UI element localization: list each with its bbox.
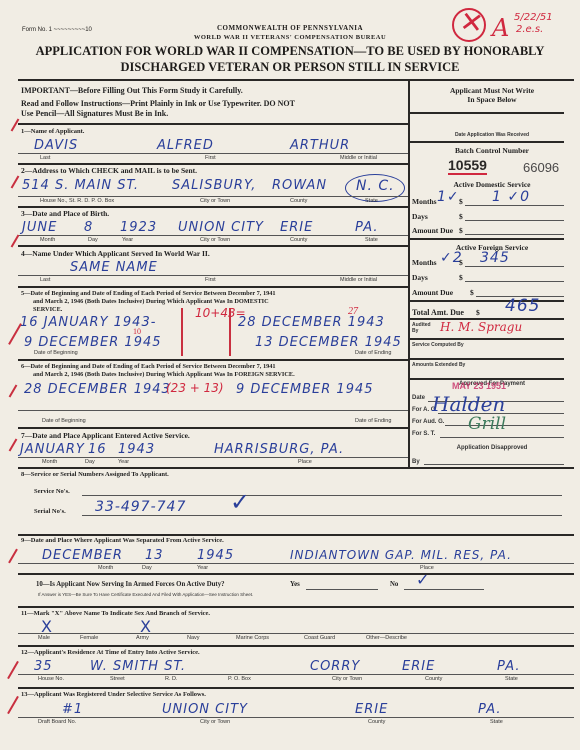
q13-board-value: #1 bbox=[62, 702, 83, 717]
q7-sub-day: Day bbox=[85, 459, 95, 465]
q4-sub-first: First bbox=[205, 277, 216, 283]
q9-month-value: DECEMBER bbox=[42, 548, 123, 563]
q3-sub-day: Day bbox=[88, 237, 98, 243]
q2-label: 2—Address to Which CHECK and MAIL is to … bbox=[21, 166, 197, 175]
date-received-label: Date Application Was Received bbox=[410, 132, 574, 138]
q3-county-value: ERIE bbox=[280, 220, 313, 235]
q4-label: 4—Name Under Which Applicant Served In W… bbox=[21, 249, 210, 258]
q11-option-male: Male bbox=[38, 635, 50, 641]
foreign-amount-value: 345 bbox=[480, 250, 510, 266]
service-no-label: Service No's. bbox=[34, 488, 70, 495]
q3-day-value: 8 bbox=[84, 220, 93, 235]
stamp-letter: A bbox=[492, 14, 509, 42]
q13-sub-state: State bbox=[490, 719, 503, 725]
q7-year-value: 1943 bbox=[118, 442, 155, 457]
q1-sub-last: Last bbox=[40, 155, 50, 161]
for-aud-label: For Aud. G. bbox=[412, 419, 444, 425]
q5-row2-note: 10 bbox=[133, 327, 141, 336]
dollar-sign: $ bbox=[459, 197, 463, 206]
domestic-amount-due-label: Amount Due bbox=[412, 226, 453, 235]
q13-county-value: ERIE bbox=[355, 702, 388, 717]
form-title-line-1: APPLICATION FOR WORLD WAR II COMPENSATIO… bbox=[0, 44, 580, 59]
q5-sub-begin: Date of Beginning bbox=[34, 350, 78, 356]
q2-city-value: SALISBURY, bbox=[172, 178, 256, 193]
date-label: Date bbox=[412, 395, 425, 401]
q1-sub-middle: Middle or Initial bbox=[340, 155, 377, 161]
q13-label: 13—Applicant Was Registered Under Select… bbox=[21, 691, 206, 698]
q12-sub-county: County bbox=[425, 676, 442, 682]
q4-sub-last: Last bbox=[40, 277, 50, 283]
q12-house-value: 35 bbox=[34, 659, 53, 674]
q9-day-value: 13 bbox=[145, 548, 164, 563]
q12-sub-rd: R. D. bbox=[165, 676, 178, 682]
domestic-heading: Active Domestic Service bbox=[410, 180, 574, 189]
dollar-sign: $ bbox=[459, 258, 463, 267]
q2-sub-city: City or Town bbox=[200, 198, 230, 204]
q6-end: 9 DECEMBER 1945 bbox=[236, 382, 374, 397]
q2-sub-county: County bbox=[290, 198, 307, 204]
q12-label: 12—Applicant's Residence At Time of Entr… bbox=[21, 649, 200, 656]
q3-sub-county: County bbox=[290, 237, 307, 243]
office-heading-1: Applicant Must Not Write bbox=[410, 86, 574, 95]
q3-year-value: 1923 bbox=[120, 220, 157, 235]
dollar-sign: $ bbox=[459, 212, 463, 221]
q13-sub-board: Draft Board No. bbox=[38, 719, 76, 725]
stamp-note-2: 2.e.s. bbox=[516, 24, 543, 35]
q11-option-other: Other—Describe bbox=[366, 635, 407, 641]
extended-label: Amounts Extended By bbox=[412, 362, 472, 368]
q5-sub-end: Date of Ending bbox=[355, 350, 391, 356]
q3-sub-state: State bbox=[365, 237, 378, 243]
q1-first-value: ALFRED bbox=[157, 138, 214, 153]
foreign-amount-due-label: Amount Due bbox=[412, 288, 453, 297]
q2-street-value: 514 S. MAIN ST. bbox=[22, 178, 139, 193]
disapproved-label: Application Disapproved bbox=[410, 445, 574, 451]
q6-sub-begin: Date of Beginning bbox=[42, 418, 86, 424]
q6-label-1: 6—Date of Beginning and Date of Ending o… bbox=[21, 363, 276, 370]
q10-label: 10—Is Applicant Now Serving In Armed For… bbox=[36, 581, 225, 588]
q2-state-value: N. C. bbox=[356, 178, 395, 194]
serial-no-value: 33-497-747 bbox=[95, 499, 186, 515]
q1-sub-first: First bbox=[205, 155, 216, 161]
q13-state-value: PA. bbox=[478, 702, 501, 717]
q2-sub-street: House No., St. R. D. P. O. Box bbox=[40, 198, 114, 204]
serial-no-label: Serial No's. bbox=[34, 508, 66, 515]
q7-label: 7—Date and Place Applicant Entered Activ… bbox=[21, 431, 190, 440]
stamp-mark: ✕ bbox=[458, 5, 486, 41]
q6-label-2: and March 2, 1946 (Both Dates Inclusive)… bbox=[33, 371, 295, 378]
computed-label: Service Computed By bbox=[412, 342, 472, 348]
q3-label: 3—Date and Place of Birth. bbox=[21, 209, 109, 218]
batch-number-2: 66096 bbox=[523, 160, 559, 175]
batch-label: Batch Control Number bbox=[410, 146, 574, 155]
domestic-months-label: Months bbox=[412, 197, 437, 206]
q12-sub-city: City or Town bbox=[332, 676, 362, 682]
q10-no-check-icon[interactable]: ✓ bbox=[416, 570, 430, 589]
q12-sub-po: P. O. Box bbox=[228, 676, 251, 682]
q7-month-value: JANUARY bbox=[20, 442, 85, 457]
q9-place-value: INDIANTOWN GAP. MIL. RES, PA. bbox=[290, 548, 512, 562]
q12-city-value: CORRY bbox=[310, 659, 360, 674]
q7-sub-month: Month bbox=[42, 459, 57, 465]
signature-2: Grill bbox=[468, 414, 506, 434]
q6-begin: 28 DECEMBER 1943 bbox=[24, 382, 171, 397]
q10-note: If Answer is YES—Be Sure To Have Certifi… bbox=[38, 592, 253, 597]
q3-sub-month: Month bbox=[40, 237, 55, 243]
office-heading-2: In Space Below bbox=[410, 95, 574, 104]
q13-sub-city: City or Town bbox=[200, 719, 230, 725]
q12-county-value: ERIE bbox=[402, 659, 435, 674]
q3-sub-city: City or Town bbox=[200, 237, 230, 243]
q1-middle-value: ARTHUR bbox=[290, 138, 350, 153]
q5-label-2: and March 2, 1946 (Both Dates Inclusive)… bbox=[33, 298, 269, 305]
form-title-line-2: DISCHARGED VETERAN OR PERSON STILL IN SE… bbox=[0, 60, 580, 75]
total-amount-value: 465 bbox=[505, 296, 540, 316]
q6-sub-end: Date of Ending bbox=[355, 418, 391, 424]
foreign-months-label: Months bbox=[412, 258, 437, 267]
signature-1: Halden bbox=[432, 392, 505, 416]
q9-sub-month: Month bbox=[98, 565, 113, 571]
domestic-amount-value: 1 ✓0 bbox=[492, 189, 530, 205]
dollar-sign: $ bbox=[459, 273, 463, 282]
for-st-label: For S. T. bbox=[412, 431, 435, 437]
q6-calc: (23 + 13) bbox=[166, 381, 224, 395]
check-mark-icon: ✓ bbox=[230, 488, 250, 517]
q8-label: 8—Service or Serial Numbers Assigned To … bbox=[21, 471, 169, 478]
q10-yes-label: Yes bbox=[290, 581, 300, 588]
approved-stamp: MAY 23 1951 bbox=[452, 381, 506, 391]
q5-row1-note: 27 bbox=[348, 306, 358, 317]
by-label: By bbox=[412, 459, 420, 465]
q11-option-army: Army bbox=[136, 635, 149, 641]
q13-city-value: UNION CITY bbox=[162, 702, 248, 717]
q5-label-1: 5—Date of Beginning and Date of Ending o… bbox=[21, 290, 276, 297]
q4-sub-middle: Middle or Initial bbox=[340, 277, 377, 283]
stamp-note-1: 5/22/51 bbox=[514, 12, 553, 23]
q7-sub-place: Place bbox=[298, 459, 312, 465]
audited-label: Audited By bbox=[412, 322, 436, 334]
audited-value: H. M. Spragu bbox=[440, 320, 522, 334]
q13-sub-county: County bbox=[368, 719, 385, 725]
q12-street-value: W. SMITH ST. bbox=[90, 659, 186, 674]
domestic-months-value: 1✓ bbox=[437, 189, 460, 205]
instruction-line-3: Use Pencil—All Signatures Must Be in Ink… bbox=[21, 109, 168, 118]
q7-sub-year: Year bbox=[118, 459, 129, 465]
q2-county-value: ROWAN bbox=[272, 178, 327, 193]
q9-sub-day: Day bbox=[142, 565, 152, 571]
q1-label: 1—Name of Applicant. bbox=[21, 128, 84, 135]
dollar-sign: $ bbox=[459, 226, 463, 235]
q7-day-value: 16 bbox=[88, 442, 107, 457]
q9-year-value: 1945 bbox=[197, 548, 234, 563]
q7-place-value: HARRISBURG, PA. bbox=[214, 442, 344, 457]
q11-option-marine: Marine Corps bbox=[236, 635, 269, 641]
q9-label: 9—Date and Place Where Applicant Was Sep… bbox=[21, 537, 224, 544]
q9-sub-year: Year bbox=[197, 565, 208, 571]
q10-no-label: No bbox=[390, 581, 398, 588]
domestic-days-label: Days bbox=[412, 212, 428, 221]
q5-row1-end: 28 DECEMBER 1943 bbox=[238, 315, 385, 330]
q5-label-3: SERVICE. bbox=[33, 306, 62, 313]
q3-sub-year: Year bbox=[122, 237, 133, 243]
instruction-line-1: IMPORTANT—Before Filling Out This Form S… bbox=[21, 86, 243, 95]
q5-row2-begin: 9 DECEMBER 1945 bbox=[24, 335, 162, 350]
q12-state-value: PA. bbox=[497, 659, 520, 674]
dollar-sign: $ bbox=[476, 308, 480, 317]
q12-sub-house: House No. bbox=[38, 676, 64, 682]
q3-state-value: PA. bbox=[355, 220, 378, 235]
q11-label: 11—Mark "X" Above Name To Indicate Sex A… bbox=[21, 610, 210, 617]
batch-number: 10559 bbox=[448, 157, 487, 175]
q11-option-female: Female bbox=[80, 635, 98, 641]
q1-last-value: DAVIS bbox=[34, 138, 78, 153]
q5-row2-end: 13 DECEMBER 1945 bbox=[255, 335, 402, 350]
q12-sub-street: Street bbox=[110, 676, 125, 682]
q11-option-coast-guard: Coast Guard bbox=[304, 635, 335, 641]
q11-option-navy: Navy bbox=[187, 635, 200, 641]
q3-month-value: JUNE bbox=[22, 220, 57, 235]
q4-value: SAME NAME bbox=[70, 260, 158, 275]
total-amount-label: Total Amt. Due bbox=[412, 308, 464, 317]
q3-city-value: UNION CITY bbox=[178, 220, 264, 235]
foreign-days-label: Days bbox=[412, 273, 428, 282]
dollar-sign: $ bbox=[470, 288, 474, 297]
q12-sub-state: State bbox=[505, 676, 518, 682]
q2-sub-state: State bbox=[365, 198, 378, 204]
instruction-line-2: Read and Follow Instructions—Print Plain… bbox=[21, 99, 295, 108]
